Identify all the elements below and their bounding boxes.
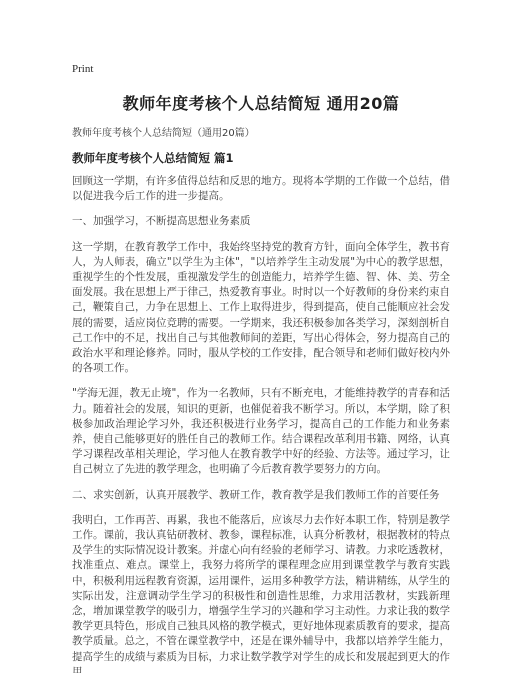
paragraph: 这一学期，在教育教学工作中，我始终坚持党的教育方针，面向全体学生，教书育人，为人… <box>72 240 450 377</box>
paragraph: 我明白，工作再苦、再累，我也不能落后，应该尽力去作好本职工作，特别是教学工作。课… <box>72 513 450 673</box>
article-heading: 教师年度考核个人总结简短 篇1 <box>72 151 450 165</box>
article-body: 回顾这一学期，有许多值得总结和反思的地方。现将本学期的工作做一个总结，借以促进我… <box>72 174 450 673</box>
section-heading: 二、求实创新，认真开展教学、教研工作，教育教学是我们教师工作的首要任务 <box>72 488 450 503</box>
paragraph: 回顾这一学期，有许多值得总结和反思的地方。现将本学期的工作做一个总结，借以促进我… <box>72 174 450 204</box>
section-heading: 一、加强学习，不断提高思想业务素质 <box>72 214 450 229</box>
print-link[interactable]: Print <box>72 63 93 76</box>
paragraph: "学海无涯，教无止境"，作为一名教师，只有不断充电，才能维持教学的青春和活力。随… <box>72 386 450 477</box>
document-title: 教师年度考核个人总结简短 通用20篇 <box>72 94 450 114</box>
document-subtitle: 教师年度考核个人总结简短（通用20篇） <box>72 127 450 140</box>
print-preview-page: Print 教师年度考核个人总结简短 通用20篇 教师年度考核个人总结简短（通用… <box>0 0 520 673</box>
